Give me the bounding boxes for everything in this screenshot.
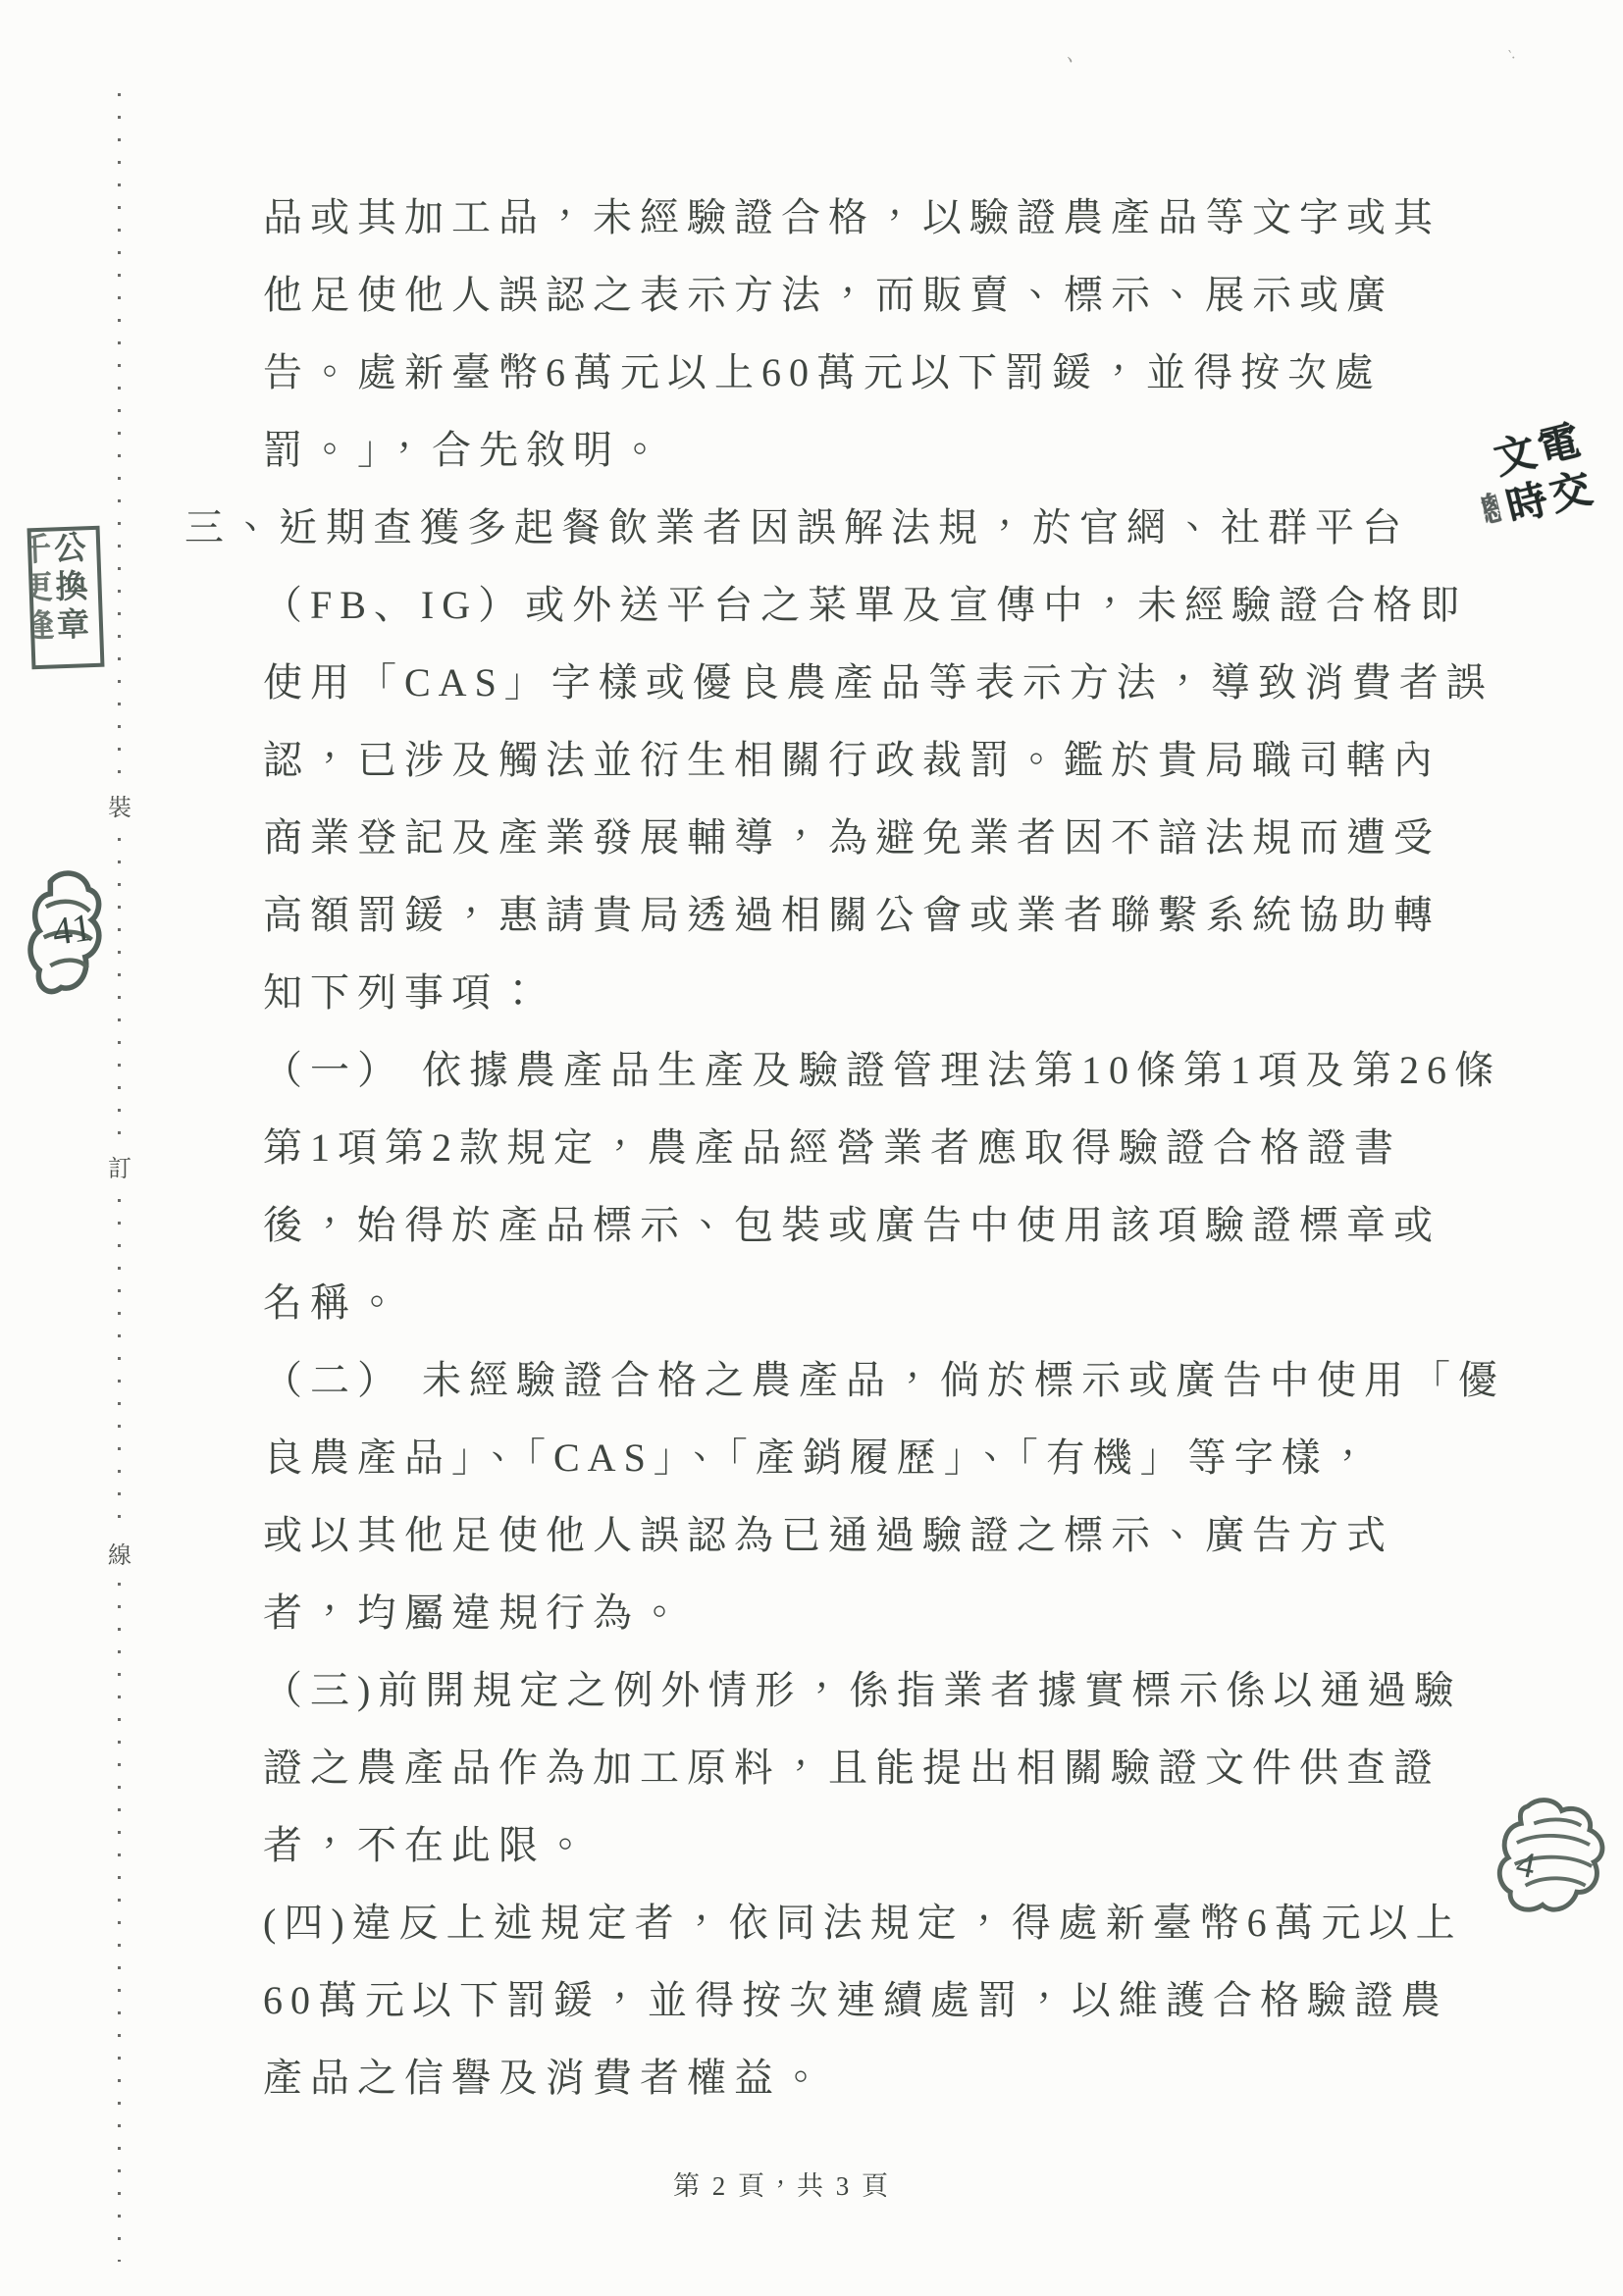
document-page: 裝 訂 線 千更逢 公換章 41 電交 文時 總 4 、 ˋ· bbox=[0, 0, 1623, 2296]
text-line: 60萬元以下罰鍰，並得按次連續處罰，以維護合格驗證農 bbox=[263, 1961, 1411, 2039]
text-line: （二） 未經驗證合格之農產品，倘於標示或廣告中使用「優 bbox=[263, 1341, 1411, 1419]
right-flower-stamp: 4 bbox=[1495, 1794, 1613, 1926]
exchange-stamp-left-column: 千更逢 bbox=[27, 532, 52, 666]
text-line: 或以其他足使他人誤認為已通過驗證之標示、廣告方式 bbox=[263, 1496, 1411, 1574]
right-flower-scribble-1 bbox=[1517, 1836, 1590, 1845]
text-line: 證之農產品作為加工原料，且能提出相關驗證文件供查證 bbox=[263, 1729, 1411, 1806]
text-line: （FB、IG）或外送平台之菜單及宣傳中，未經驗證合格即 bbox=[263, 566, 1411, 644]
text-line: 商業登記及產業發展輔導，為避免業者因不諳法規而遭受 bbox=[263, 799, 1411, 876]
text-line: 三、近期查獲多起餐飲業者因誤解法規，於官網、社群平台 bbox=[184, 489, 1411, 566]
text-line: 知下列事項： bbox=[263, 954, 1411, 1031]
left-flower-number: 41 bbox=[49, 905, 94, 954]
text-line: 他足使他人誤認之表示方法，而販賣、標示、展示或廣 bbox=[263, 256, 1411, 334]
page-number-footer: 第 2 頁，共 3 頁 bbox=[0, 2165, 1564, 2203]
text-line: （一） 依據農產品生產及驗證管理法第10條第1項及第26條 bbox=[263, 1031, 1411, 1109]
text-line: 第1項第2款規定，農產品經營業者應取得驗證合格證書 bbox=[263, 1109, 1411, 1186]
text-line: 良農產品」、「CAS」、「產銷履歷」、「有機」等字樣， bbox=[263, 1419, 1411, 1496]
text-line: 者，均屬違規行為。 bbox=[263, 1574, 1411, 1651]
binding-char-ding: 訂 bbox=[104, 1146, 135, 1186]
text-line: 認，已涉及觸法並衍生相關行政裁罰。鑑於貴局職司轄內 bbox=[263, 721, 1411, 799]
right-flower-scribble-4 bbox=[1534, 1819, 1581, 1825]
text-line: 產品之信譽及消費者權益。 bbox=[263, 2039, 1411, 2116]
text-line: 後，始得於產品標示、包裝或廣告中使用該項驗證標章或 bbox=[263, 1186, 1411, 1264]
text-lines: 品或其加工品，未經驗證合格，以驗證農產品等文字或其他足使他人誤認之表示方法，而販… bbox=[263, 179, 1411, 2116]
binding-char-zhuang: 裝 bbox=[104, 785, 135, 825]
text-line: 者，不在此限。 bbox=[263, 1806, 1411, 1884]
text-line: 使用「CAS」字樣或優良農產品等表示方法，導致消費者誤 bbox=[263, 644, 1411, 721]
exchange-stamp-right-column: 公換章 bbox=[49, 530, 87, 664]
text-line: 品或其加工品，未經驗證合格，以驗證農產品等文字或其 bbox=[263, 179, 1411, 256]
binding-char-xian: 線 bbox=[104, 1533, 135, 1573]
left-flower-stamp: 41 bbox=[27, 865, 106, 1013]
scan-speck-1: 、 bbox=[1066, 37, 1090, 69]
left-flower-scribble-3 bbox=[50, 961, 87, 968]
text-line: 罰。」，合先敘明。 bbox=[263, 411, 1411, 489]
right-flower-scribble-3 bbox=[1526, 1878, 1586, 1885]
document-exchange-stamp: 千更逢 公換章 bbox=[27, 526, 105, 669]
scan-speck-2: ˋ· bbox=[1502, 48, 1518, 68]
text-line: 名稱。 bbox=[263, 1264, 1411, 1341]
text-line: (四)違反上述規定者，依同法規定，得處新臺幣6萬元以上 bbox=[263, 1884, 1411, 1961]
electronic-exchange-stamp: 電交 文時 總 bbox=[1456, 416, 1611, 571]
right-flower-outline bbox=[1499, 1800, 1602, 1910]
text-line: （三)前開規定之例外情形，係指業者據實標示係以通過驗 bbox=[263, 1651, 1411, 1729]
text-line: 告。處新臺幣6萬元以上60萬元以下罰鍰，並得按次處 bbox=[263, 334, 1411, 411]
text-line: 高額罰鍰，惠請貴局透過相關公會或業者聯繫系統協助轉 bbox=[263, 876, 1411, 954]
